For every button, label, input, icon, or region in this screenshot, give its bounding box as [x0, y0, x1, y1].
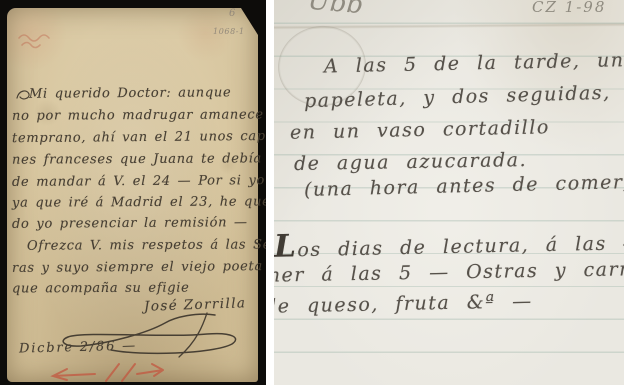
letter-line: de mandar á V. el 24 — Por si yo	[12, 173, 265, 190]
letter-date: Dicbre 2/86 —	[19, 338, 137, 356]
left-letter-panel: 6 1068-1 Mi querido Doctor: aunque no po…	[0, 0, 266, 385]
right-note-panel: Ubb CZ 1-98 A las 5 de la tarde, una— pa…	[274, 0, 624, 385]
note-line: de agua azucarada.	[294, 149, 527, 175]
catalog-number: CZ 1-98	[532, 0, 606, 16]
left-letter-paper: 6 1068-1 Mi querido Doctor: aunque no po…	[7, 8, 258, 382]
letter-line: nes franceses que Juana te debía	[12, 151, 262, 167]
panel-divider	[266, 0, 274, 385]
archival-number: 1068-1	[213, 27, 245, 36]
letter-line: ras y suyo siempre el viejo poeta	[12, 259, 263, 276]
letter-line: ya que iré á Madrid el 23, he queri-	[12, 194, 266, 210]
red-stamp-mark	[16, 30, 74, 50]
letter-line: Mi querido Doctor: aunque	[29, 85, 231, 101]
two-manuscript-photo: 6 1068-1 Mi querido Doctor: aunque no po…	[0, 0, 624, 385]
red-pencil-marks	[49, 360, 171, 385]
pencil-number: 6	[229, 8, 235, 19]
letter-line: Ofrezca V. mis respetos á las Seño-	[27, 237, 266, 253]
letter-line: do yo presenciar la remisión —	[12, 215, 248, 232]
letter-line: no por mucho madrugar amanece mas	[12, 107, 266, 124]
letter-line: que acompaña su efigie	[12, 281, 190, 297]
letter-line: temprano, ahí van el 21 unos capo-	[12, 129, 266, 146]
